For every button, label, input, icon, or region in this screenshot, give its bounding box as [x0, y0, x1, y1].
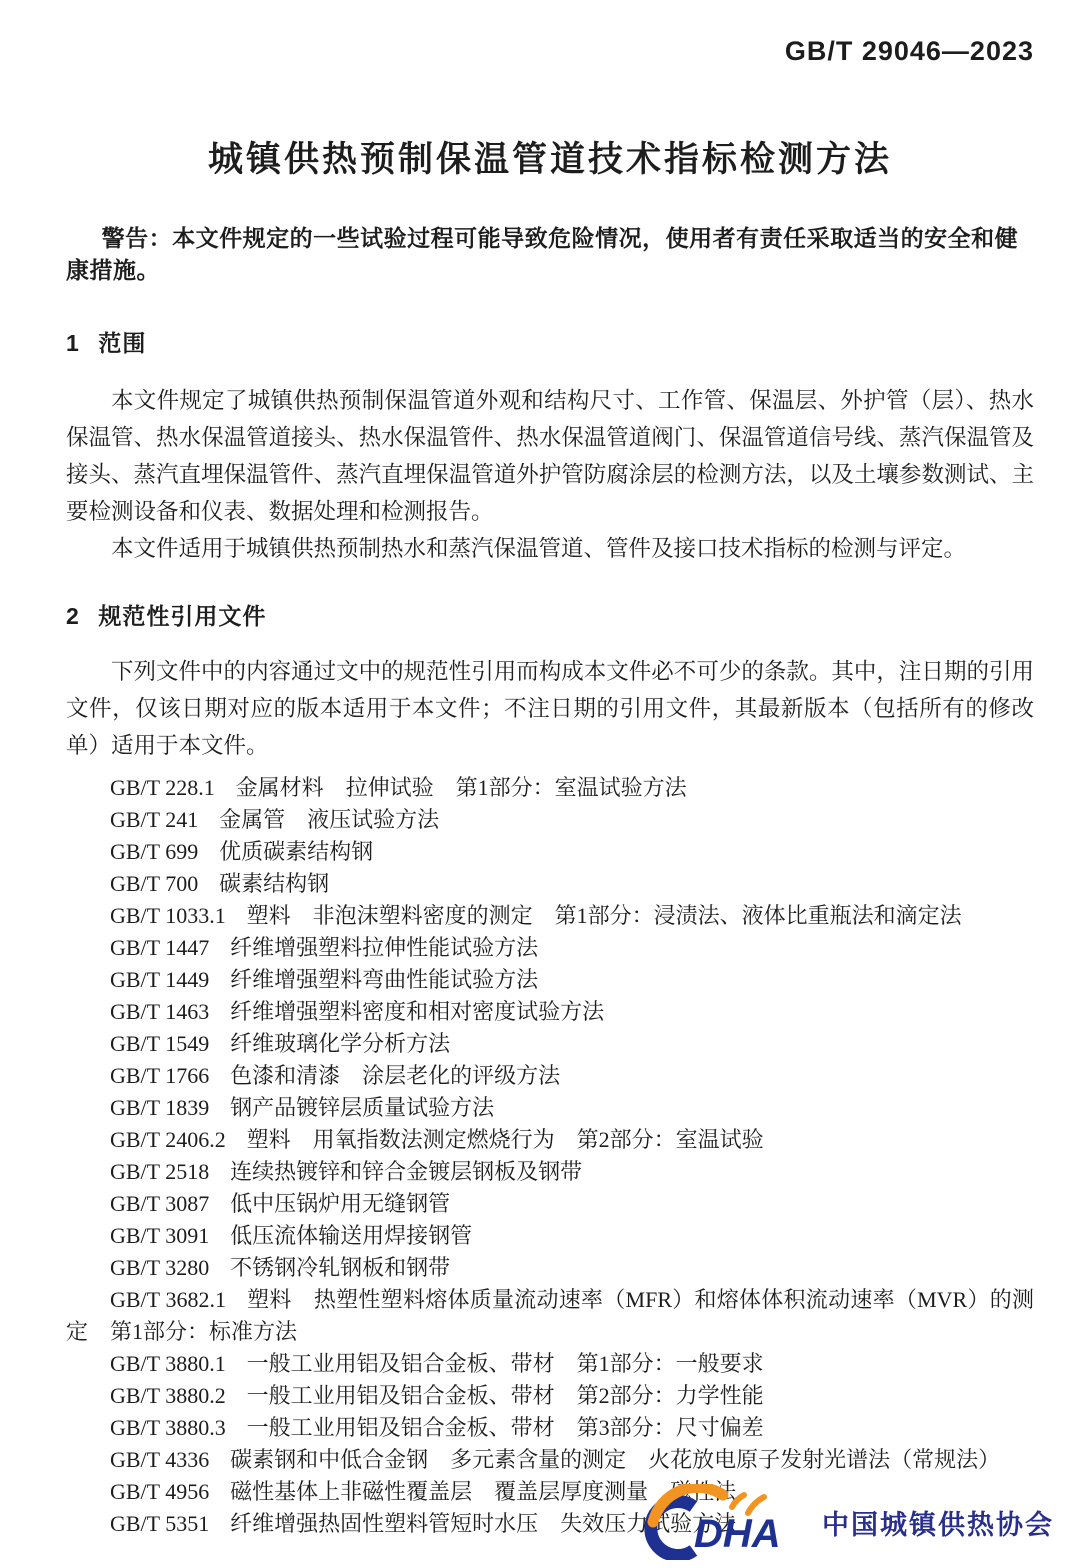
reference-item: GB/T 228.1金属材料 拉伸试验 第1部分：室温试验方法 [66, 772, 1034, 804]
reference-item: GB/T 3087低中压锅炉用无缝钢管 [66, 1188, 1034, 1220]
reference-item: GB/T 3280不锈钢冷轧钢板和钢带 [66, 1252, 1034, 1284]
reference-title: 连续热镀锌和锌合金镀层钢板及钢带 [230, 1159, 582, 1184]
reference-code: GB/T 1447 [110, 935, 209, 960]
reference-title: 纤维增强塑料拉伸性能试验方法 [230, 935, 538, 960]
warning-text: 警告：本文件规定的一些试验过程可能导致危险情况，使用者有责任采取适当的安全和健康… [66, 222, 1034, 286]
reference-title: 色漆和清漆 涂层老化的评级方法 [230, 1063, 560, 1088]
logo-wave-mark-2 [748, 1497, 764, 1513]
reference-title: 低压流体输送用焊接钢管 [230, 1223, 472, 1248]
section-1-label: 范围 [98, 330, 146, 356]
association-logo: DHA 中国城镇供热协会 [644, 1484, 1054, 1560]
scope-paragraph-1: 本文件规定了城镇供热预制保温管道外观和结构尺寸、工作管、保温层、外护管（层）、热… [66, 382, 1034, 530]
reference-code: GB/T 4956 [110, 1479, 209, 1504]
reference-title: 不锈钢冷轧钢板和钢带 [230, 1255, 450, 1280]
reference-item: GB/T 3682.1塑料 热塑性塑料熔体质量流动速率（MFR）和熔体体积流动速… [66, 1284, 1034, 1348]
cdha-logo-graphic: DHA [644, 1484, 812, 1560]
reference-code: GB/T 1463 [110, 999, 209, 1024]
reference-title: 钢产品镀锌层质量试验方法 [230, 1095, 494, 1120]
reference-title: 一般工业用铝及铝合金板、带材 第2部分：力学性能 [247, 1383, 764, 1408]
references-list: GB/T 228.1金属材料 拉伸试验 第1部分：室温试验方法GB/T 241金… [66, 772, 1034, 1540]
reference-code: GB/T 3880.3 [110, 1415, 226, 1440]
reference-code: GB/T 1766 [110, 1063, 209, 1088]
reference-code: GB/T 5351 [110, 1511, 209, 1536]
association-name: 中国城镇供热协会 [822, 1503, 1054, 1542]
reference-code: GB/T 2406.2 [110, 1127, 226, 1152]
section-2-number: 2 [66, 603, 79, 629]
reference-item: GB/T 3880.2一般工业用铝及铝合金板、带材 第2部分：力学性能 [66, 1380, 1034, 1412]
reference-code: GB/T 3880.2 [110, 1383, 226, 1408]
section-2-label: 规范性引用文件 [98, 603, 266, 629]
reference-title: 碳素钢和中低合金钢 多元素含量的测定 火花放电原子发射光谱法（常规法） [230, 1447, 1000, 1472]
reference-code: GB/T 1549 [110, 1031, 209, 1056]
reference-title: 塑料 用氧指数法测定燃烧行为 第2部分：室温试验 [247, 1127, 764, 1152]
reference-code: GB/T 3091 [110, 1223, 209, 1248]
reference-item: GB/T 1463纤维增强塑料密度和相对密度试验方法 [66, 996, 1034, 1028]
reference-title: 一般工业用铝及铝合金板、带材 第1部分：一般要求 [247, 1351, 764, 1376]
section-1-heading: 1范围 [66, 328, 1034, 358]
reference-code: GB/T 241 [110, 807, 198, 832]
reference-code: GB/T 3682.1 [110, 1287, 226, 1312]
reference-item: GB/T 4336碳素钢和中低合金钢 多元素含量的测定 火花放电原子发射光谱法（… [66, 1444, 1034, 1476]
reference-code: GB/T 1839 [110, 1095, 209, 1120]
document-title: 城镇供热预制保温管道技术指标检测方法 [66, 138, 1034, 182]
reference-title: 纤维玻璃化学分析方法 [230, 1031, 450, 1056]
reference-item: GB/T 3091低压流体输送用焊接钢管 [66, 1220, 1034, 1252]
reference-title: 塑料 非泡沫塑料密度的测定 第1部分：浸渍法、液体比重瓶法和滴定法 [247, 903, 962, 928]
logo-acronym: DHA [694, 1512, 781, 1556]
logo-wave-mark-1 [732, 1495, 744, 1507]
reference-code: GB/T 3880.1 [110, 1351, 226, 1376]
reference-title: 纤维增强塑料密度和相对密度试验方法 [230, 999, 604, 1024]
reference-item: GB/T 1447纤维增强塑料拉伸性能试验方法 [66, 932, 1034, 964]
reference-title: 金属管 液压试验方法 [219, 807, 439, 832]
reference-title: 碳素结构钢 [219, 871, 329, 896]
reference-item: GB/T 2518连续热镀锌和锌合金镀层钢板及钢带 [66, 1156, 1034, 1188]
reference-code: GB/T 1449 [110, 967, 209, 992]
reference-title: 金属材料 拉伸试验 第1部分：室温试验方法 [236, 775, 687, 800]
reference-code: GB/T 3280 [110, 1255, 209, 1280]
reference-code: GB/T 228.1 [110, 775, 215, 800]
reference-item: GB/T 3880.3一般工业用铝及铝合金板、带材 第3部分：尺寸偏差 [66, 1412, 1034, 1444]
document-page: GB/T 29046—2023 城镇供热预制保温管道技术指标检测方法 警告：本文… [0, 0, 1080, 1568]
reference-item: GB/T 700碳素结构钢 [66, 868, 1034, 900]
reference-item: GB/T 699优质碳素结构钢 [66, 836, 1034, 868]
scope-paragraph-2: 本文件适用于城镇供热预制热水和蒸汽保温管道、管件及接口技术指标的检测与评定。 [66, 530, 1034, 567]
reference-code: GB/T 4336 [110, 1447, 209, 1472]
reference-item: GB/T 1449纤维增强塑料弯曲性能试验方法 [66, 964, 1034, 996]
reference-item: GB/T 3880.1一般工业用铝及铝合金板、带材 第1部分：一般要求 [66, 1348, 1034, 1380]
reference-code: GB/T 699 [110, 839, 198, 864]
section-2-heading: 2规范性引用文件 [66, 601, 1034, 631]
reference-code: GB/T 3087 [110, 1191, 209, 1216]
section-1-number: 1 [66, 330, 79, 356]
standard-number: GB/T 29046—2023 [66, 36, 1034, 66]
reference-title: 优质碳素结构钢 [219, 839, 373, 864]
reference-title: 低中压锅炉用无缝钢管 [230, 1191, 450, 1216]
reference-item: GB/T 2406.2塑料 用氧指数法测定燃烧行为 第2部分：室温试验 [66, 1124, 1034, 1156]
reference-item: GB/T 1839钢产品镀锌层质量试验方法 [66, 1092, 1034, 1124]
reference-code: GB/T 2518 [110, 1159, 209, 1184]
reference-item: GB/T 241金属管 液压试验方法 [66, 804, 1034, 836]
reference-title: 纤维增强塑料弯曲性能试验方法 [230, 967, 538, 992]
reference-code: GB/T 700 [110, 871, 198, 896]
reference-code: GB/T 1033.1 [110, 903, 226, 928]
reference-item: GB/T 1549纤维玻璃化学分析方法 [66, 1028, 1034, 1060]
reference-item: GB/T 1033.1塑料 非泡沫塑料密度的测定 第1部分：浸渍法、液体比重瓶法… [66, 900, 1034, 932]
normative-refs-intro: 下列文件中的内容通过文中的规范性引用而构成本文件必不可少的条款。其中，注日期的引… [66, 653, 1034, 764]
reference-title: 一般工业用铝及铝合金板、带材 第3部分：尺寸偏差 [247, 1415, 764, 1440]
reference-item: GB/T 1766色漆和清漆 涂层老化的评级方法 [66, 1060, 1034, 1092]
